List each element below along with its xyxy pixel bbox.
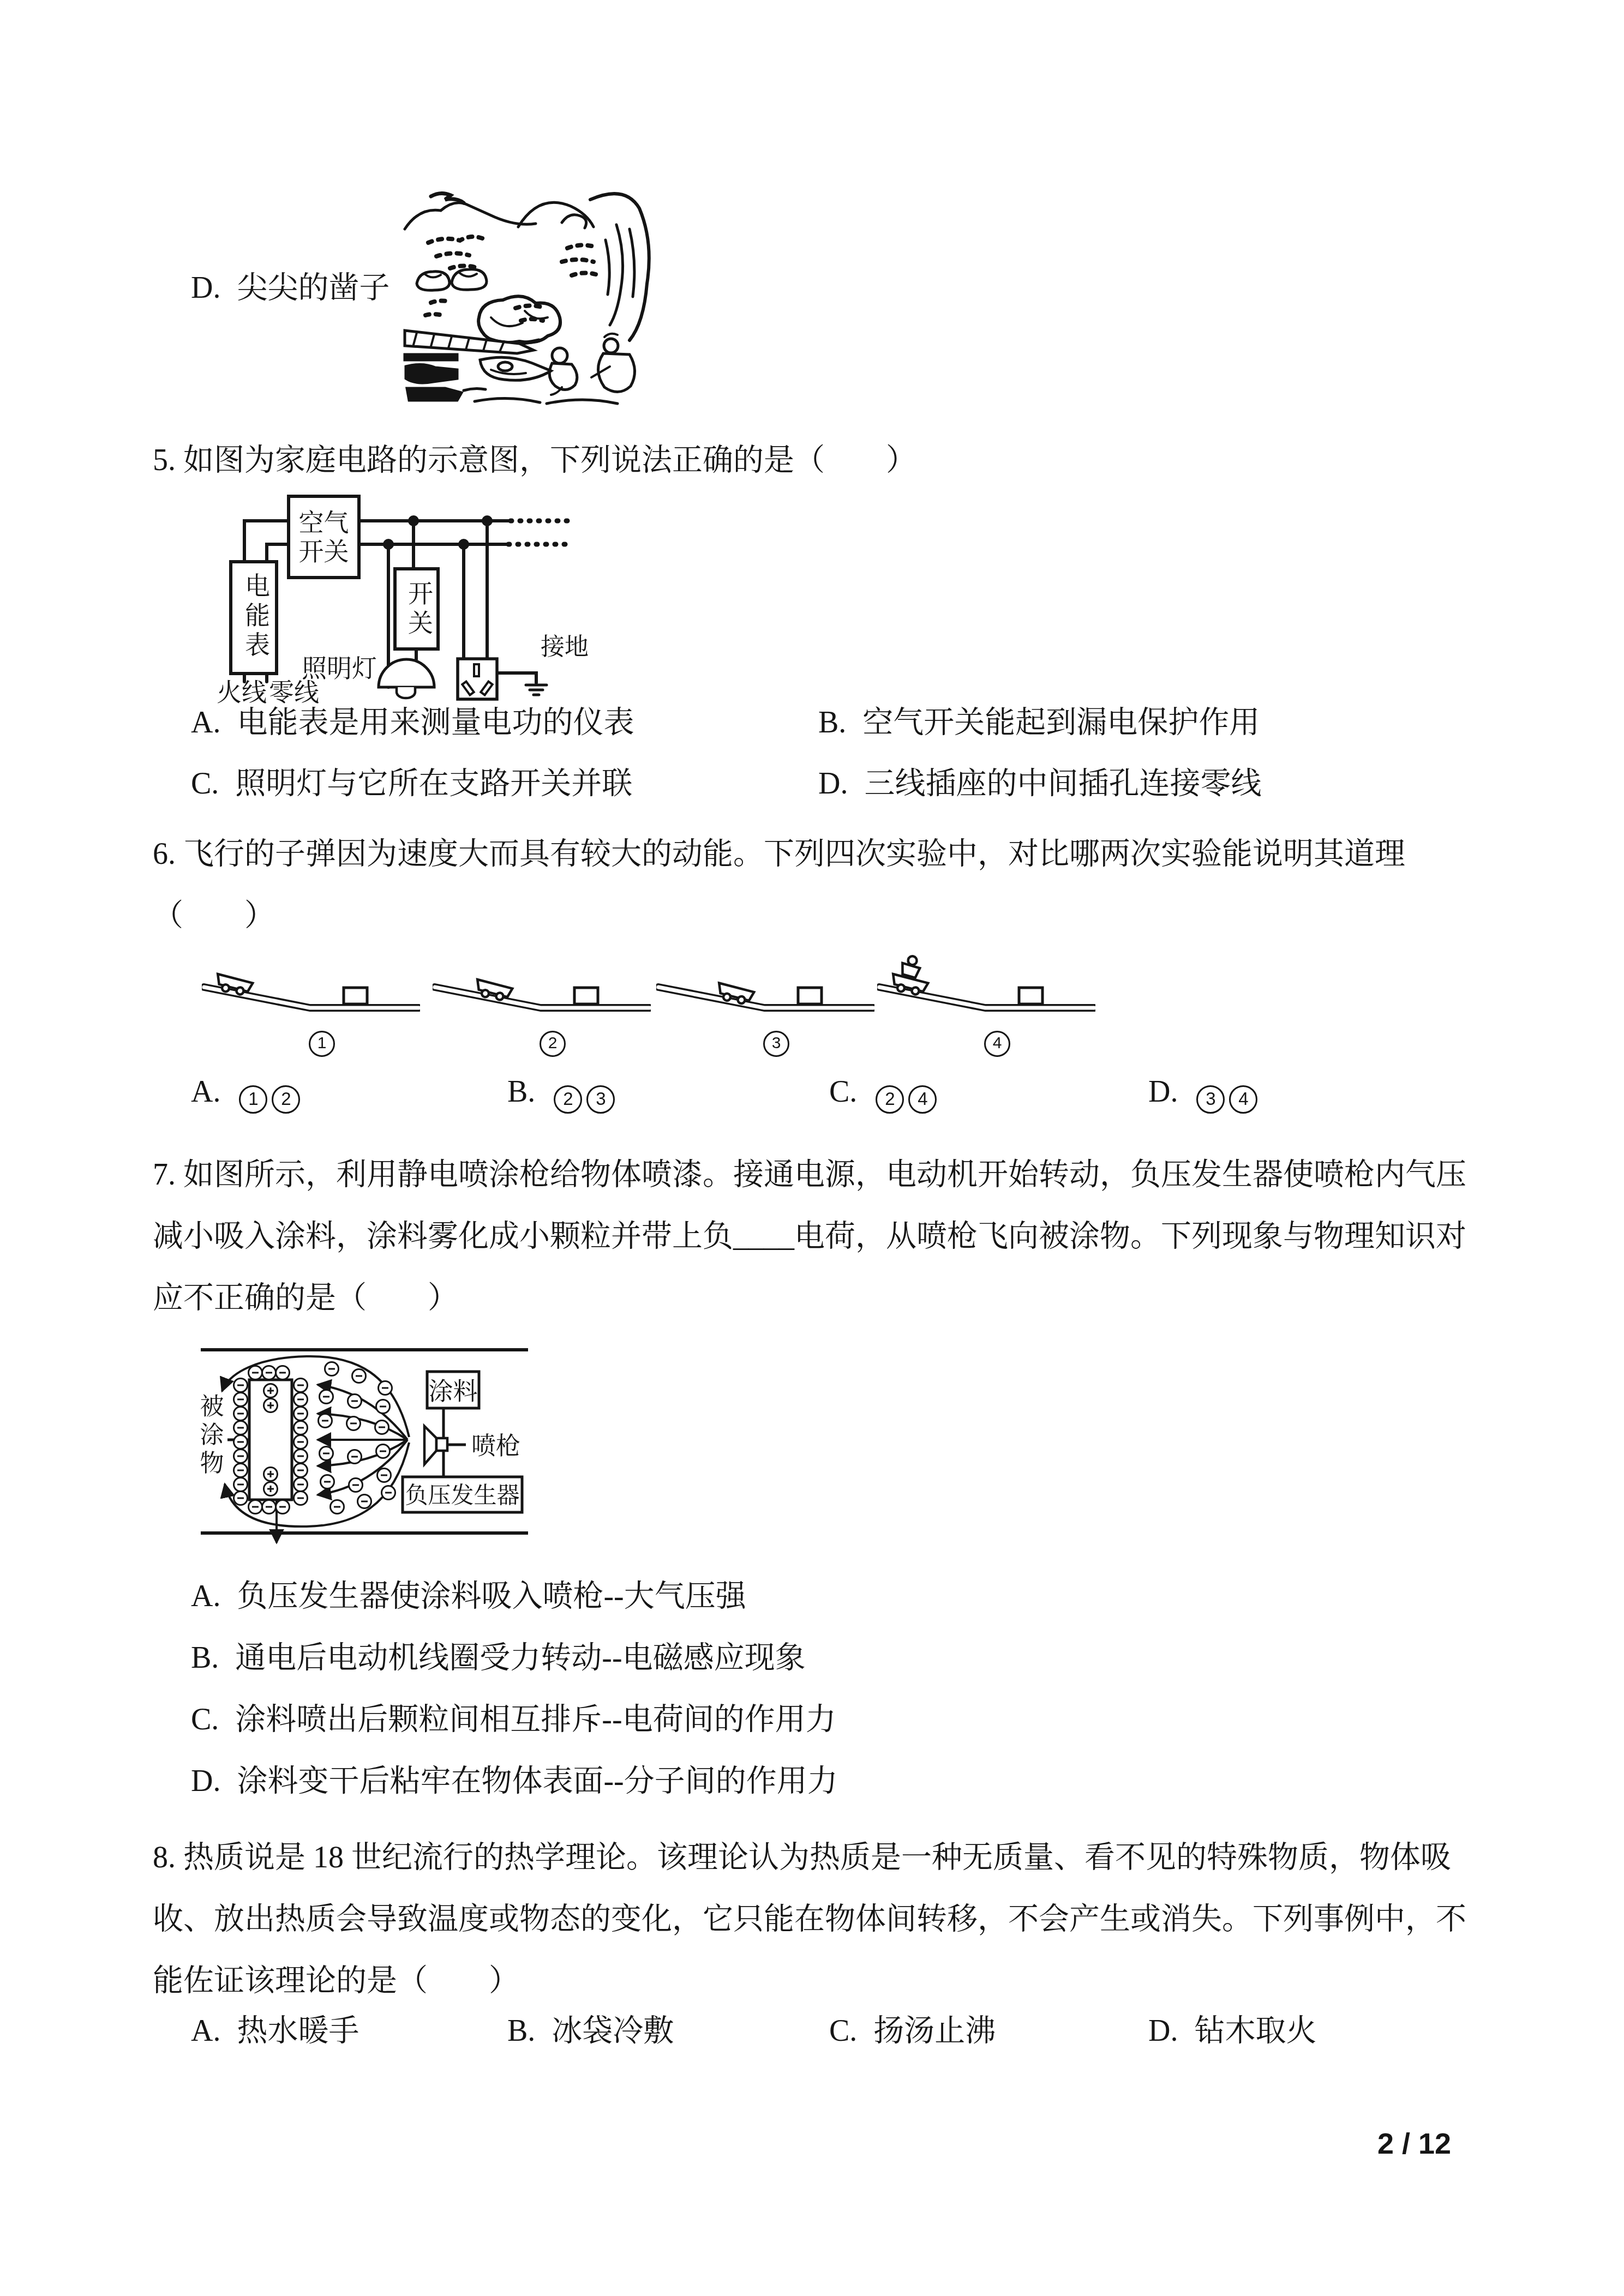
q6-option-c: C.24 [829, 1075, 939, 1114]
energy-meter-label: 电能表 [241, 573, 269, 661]
circled-number: 2 [876, 1085, 904, 1114]
q6-experiment-3: 3 [656, 949, 874, 1063]
coated-object-label: 被涂物 [195, 1393, 223, 1478]
q6-line-1: 6. 飞行的子弹因为速度大而具有较大的动能。下列四次实验中，对比哪两次实验能说明… [153, 824, 1478, 885]
air-switch-label: 空气 开关 [289, 500, 359, 576]
circled-number: 2 [554, 1085, 582, 1114]
woodcut-scene-drawing [398, 175, 661, 409]
paint-label: 涂料 [427, 1378, 479, 1407]
q6-line-2: （ ） [153, 885, 1478, 947]
q8-option-b: B.冰袋冷敷 [507, 2015, 674, 2047]
q4-illustration [398, 175, 661, 409]
switch-label: 开关 [404, 580, 433, 639]
q6-experiment-2: 2 [433, 949, 651, 1063]
q6-figure-label-1: 1 [309, 1031, 335, 1057]
q8-option-a: A.热水暖手 [191, 2015, 359, 2047]
q8-option-c: C.扬汤止沸 [829, 2015, 996, 2047]
neutral-wire-label: 零线 [269, 678, 319, 707]
q6-experiment-4: 4 [877, 949, 1095, 1063]
q5-option-a: A.电能表是用来测量电功的仪表 [191, 706, 634, 739]
q7-line-2: 减小吸入涂料，涂料雾化成小颗粒并带上负____电荷，从喷枪飞向被涂物。下列现象与… [153, 1206, 1478, 1267]
socket-symbol [458, 659, 497, 699]
q6-figure-label-4: 4 [984, 1031, 1010, 1057]
q8-line-2: 收、放出热质会导致温度或物态的变化，它只能在物体间转移，不会产生或消失。下列事例… [153, 1889, 1478, 1950]
spray-gun-symbol [424, 1408, 466, 1477]
q7-spray-figure: 被涂物 涂料 喷枪 负压发生器 [191, 1339, 540, 1557]
q6-figure-label-2: 2 [540, 1031, 566, 1057]
ground-label: 接地 [541, 634, 589, 662]
q5-option-b: B.空气开关能起到漏电保护作用 [818, 706, 1260, 739]
q5-circuit-figure: 空气 开关 电能表 开关 照明灯 接地 火线 零线 [210, 473, 592, 702]
q7-option-b: B.通电后电动机线圈受力转动--电磁感应现象 [191, 1642, 806, 1674]
q6-option-d: D.34 [1148, 1075, 1260, 1114]
q6-figure-label-3: 3 [763, 1031, 789, 1057]
q8-option-d: D.钻木取火 [1148, 2015, 1316, 2047]
q4-option-d-label: D. [191, 271, 220, 305]
q5-option-c: C.照明灯与它所在支路开关并联 [191, 767, 632, 800]
circled-number: 3 [586, 1085, 615, 1114]
gun-label: 喷枪 [471, 1433, 520, 1461]
q8-line-3: 能佐证该理论的是（ ） [153, 1950, 1478, 2012]
q6-text: 6. 飞行的子弹因为速度大而具有较大的动能。下列四次实验中，对比哪两次实验能说明… [153, 824, 1478, 947]
q5-option-d: D.三线插座的中间插孔连接零线 [818, 767, 1261, 800]
q7-line-1: 7. 如图所示，利用静电喷涂枪给物体喷漆。接通电源，电动机开始转动，负压发生器使… [153, 1144, 1478, 1206]
q7-text: 7. 如图所示，利用静电喷涂枪给物体喷漆。接通电源，电动机开始转动，负压发生器使… [153, 1144, 1478, 1329]
q6-experiment-1: 1 [202, 949, 420, 1063]
q6-option-a: A.12 [191, 1075, 302, 1114]
live-wire-label: 火线 [217, 678, 267, 707]
page-number: 2 / 12 [1298, 2127, 1451, 2161]
circled-number: 4 [1229, 1085, 1257, 1114]
generator-label: 负压发生器 [403, 1483, 522, 1509]
circled-number: 3 [1196, 1085, 1225, 1114]
q4-option-d-text: 尖尖的凿子 [237, 271, 389, 305]
q8-line-1: 8. 热质说是 18 世纪流行的热学理论。该理论认为热质是一种无质量、看不见的特… [153, 1827, 1478, 1889]
circled-number: 2 [272, 1085, 300, 1114]
q4-option-d: D.尖尖的凿子 [191, 272, 389, 304]
circled-number: 4 [908, 1085, 937, 1114]
exam-page: D.尖尖的凿子 [0, 0, 1624, 2296]
circled-number: 1 [239, 1085, 267, 1114]
q8-text: 8. 热质说是 18 世纪流行的热学理论。该理论认为热质是一种无质量、看不见的特… [153, 1827, 1478, 2012]
q7-option-a: A.负压发生器使涂料吸入喷枪--大气压强 [191, 1580, 746, 1613]
q7-option-d: D.涂料变干后粘牢在物体表面--分子间的作用力 [191, 1765, 838, 1798]
q7-option-c: C.涂料喷出后颗粒间相互排斥--电荷间的作用力 [191, 1703, 836, 1736]
q7-line-3: 应不正确的是（ ） [153, 1267, 1478, 1329]
q6-option-b: B.23 [507, 1075, 617, 1114]
